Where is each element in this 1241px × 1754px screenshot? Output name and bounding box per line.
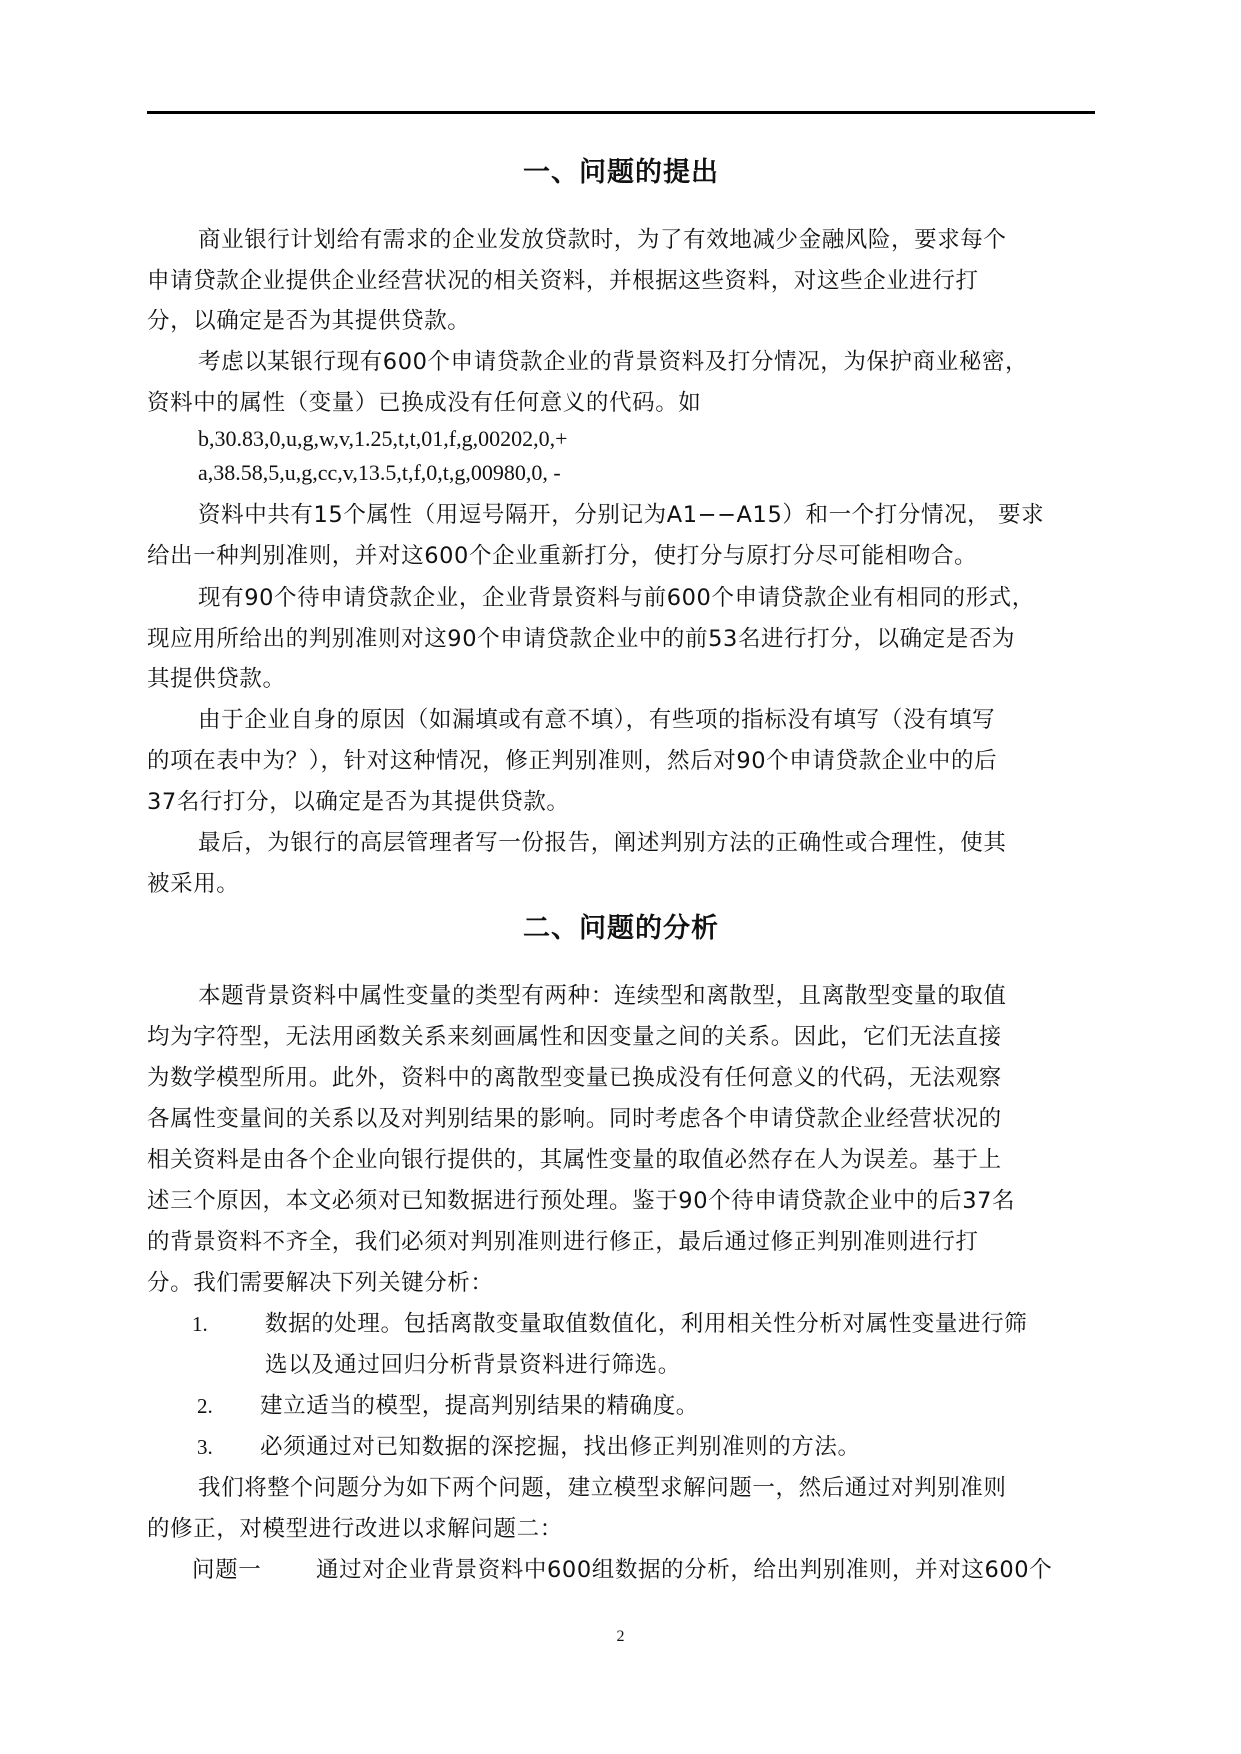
paragraph-line: 给出一种判别准则，并对这600个企业重新打分，使打分与原打分尽可能相吻合。 — [147, 541, 977, 571]
section-2-heading: 二、问题的分析 — [147, 912, 1095, 946]
paragraph-line: 的背景资料不齐全，我们必须对判别准则进行修正，最后通过修正判别准则进行打 — [147, 1227, 979, 1257]
list-item-text: 选以及通过回归分析背景资料进行筛选。 — [265, 1350, 681, 1380]
paragraph-line: 资料中共有15个属性（用逗号隔开，分别记为A1−−A15）和一个打分情况， 要求 — [198, 500, 1044, 530]
paragraph-line: 为数学模型所用。此外，资料中的离散型变量已换成没有任何意义的代码，无法观察 — [147, 1063, 1002, 1093]
list-number: 1. — [192, 1309, 208, 1339]
sample-record-2: a,38.58,5,u,g,cc,v,13.5,t,f,0,t,g,00980,… — [198, 458, 561, 488]
paragraph-line: 均为字符型，无法用函数关系来刻画属性和因变量之间的关系。因此，它们无法直接 — [147, 1022, 1002, 1052]
paragraph-line: 由于企业自身的原因（如漏填或有意不填），有些项的指标没有填写（没有填写 — [198, 705, 995, 735]
paragraph-line: 现应用所给出的判别准则对这90个申请贷款企业中的前53名进行打分，以确定是否为 — [147, 624, 1015, 654]
paragraph-line: 被采用。 — [147, 869, 239, 899]
paragraph-line: 我们将整个问题分为如下两个问题，建立模型求解问题一，然后通过对判别准则 — [198, 1473, 1007, 1503]
paragraph-line: 资料中的属性（变量）已换成没有任何意义的代码。如 — [147, 388, 701, 418]
page-number: 2 — [0, 1628, 1241, 1646]
paragraph-line: 的项在表中为？），针对这种情况，修正判别准则，然后对90个申请贷款企业中的后 — [147, 746, 997, 776]
paragraph-line: 其提供贷款。 — [147, 664, 286, 694]
paragraph-line: 各属性变量间的关系以及对判别结果的影响。同时考虑各个申请贷款企业经营状况的 — [147, 1104, 1002, 1134]
paragraph-line: 相关资料是由各个企业向银行提供的，其属性变量的取值必然存在人为误差。基于上 — [147, 1145, 1002, 1175]
list-item-text: 数据的处理。包括离散变量取值数值化，利用相关性分析对属性变量进行筛 — [265, 1309, 1027, 1339]
paragraph-line: 分。我们需要解决下列关键分析： — [147, 1268, 494, 1298]
sample-record-1: b,30.83,0,u,g,w,v,1.25,t,t,01,f,g,00202,… — [198, 424, 568, 454]
list-item-text: 建立适当的模型，提高判别结果的精确度。 — [260, 1391, 699, 1421]
list-number: 3. — [197, 1432, 213, 1462]
header-rule — [147, 111, 1095, 114]
paragraph-line: 商业银行计划给有需求的企业发放贷款时，为了有效地减少金融风险，要求每个 — [198, 225, 1007, 255]
paragraph-line: 考虑以某银行现有600个申请贷款企业的背景资料及打分情况，为保护商业秘密， — [198, 347, 1028, 377]
paragraph-line: 的修正，对模型进行改进以求解问题二： — [147, 1514, 563, 1544]
problem-label: 问题一 — [192, 1555, 261, 1585]
paragraph-line: 最后，为银行的高层管理者写一份报告，阐述判别方法的正确性或合理性，使其 — [198, 828, 1007, 858]
paragraph-line: 申请贷款企业提供企业经营状况的相关资料，并根据这些资料，对这些企业进行打 — [147, 266, 979, 296]
section-1-heading: 一、问题的提出 — [147, 156, 1095, 190]
paragraph-line: 述三个原因，本文必须对已知数据进行预处理。鉴于90个待申请贷款企业中的后37名 — [147, 1186, 1015, 1216]
paragraph-line: 分，以确定是否为其提供贷款。 — [147, 306, 470, 336]
problem-text: 通过对企业背景资料中600组数据的分析，给出判别准则，并对这600个 — [316, 1555, 1052, 1585]
paragraph-line: 本题背景资料中属性变量的类型有两种：连续型和离散型，且离散型变量的取值 — [198, 981, 1007, 1011]
list-item-text: 必须通过对已知数据的深挖掘，找出修正判别准则的方法。 — [260, 1432, 861, 1462]
list-number: 2. — [197, 1391, 213, 1421]
paragraph-line: 现有90个待申请贷款企业，企业背景资料与前600个申请贷款企业有相同的形式， — [198, 583, 1035, 613]
paragraph-line: 37名行打分，以确定是否为其提供贷款。 — [147, 787, 570, 817]
